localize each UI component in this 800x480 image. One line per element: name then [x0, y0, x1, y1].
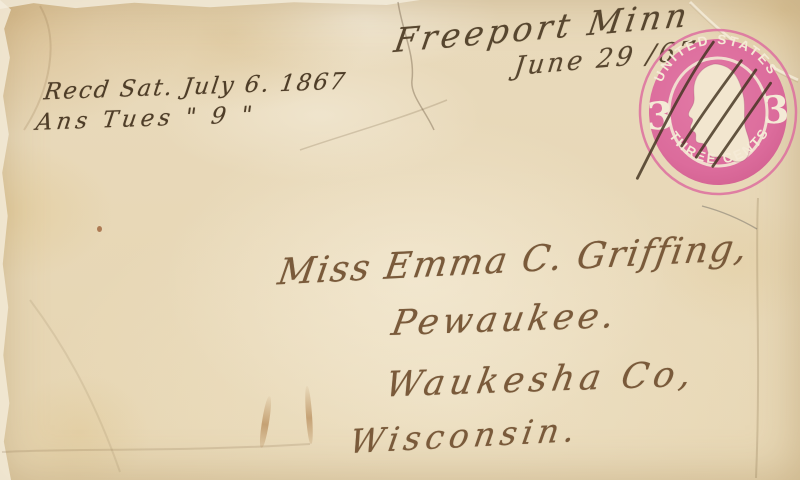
- stain-dot: [97, 226, 102, 232]
- address-town: Pewaukee.: [389, 296, 622, 344]
- stamp-numeral-right: 3: [762, 86, 791, 132]
- envelope-scan: Freeport Minn June 29 /67 Recd Sat. July…: [0, 0, 800, 480]
- postage-stamp: UNITED STATES THREE CENTS 3 3: [628, 20, 800, 205]
